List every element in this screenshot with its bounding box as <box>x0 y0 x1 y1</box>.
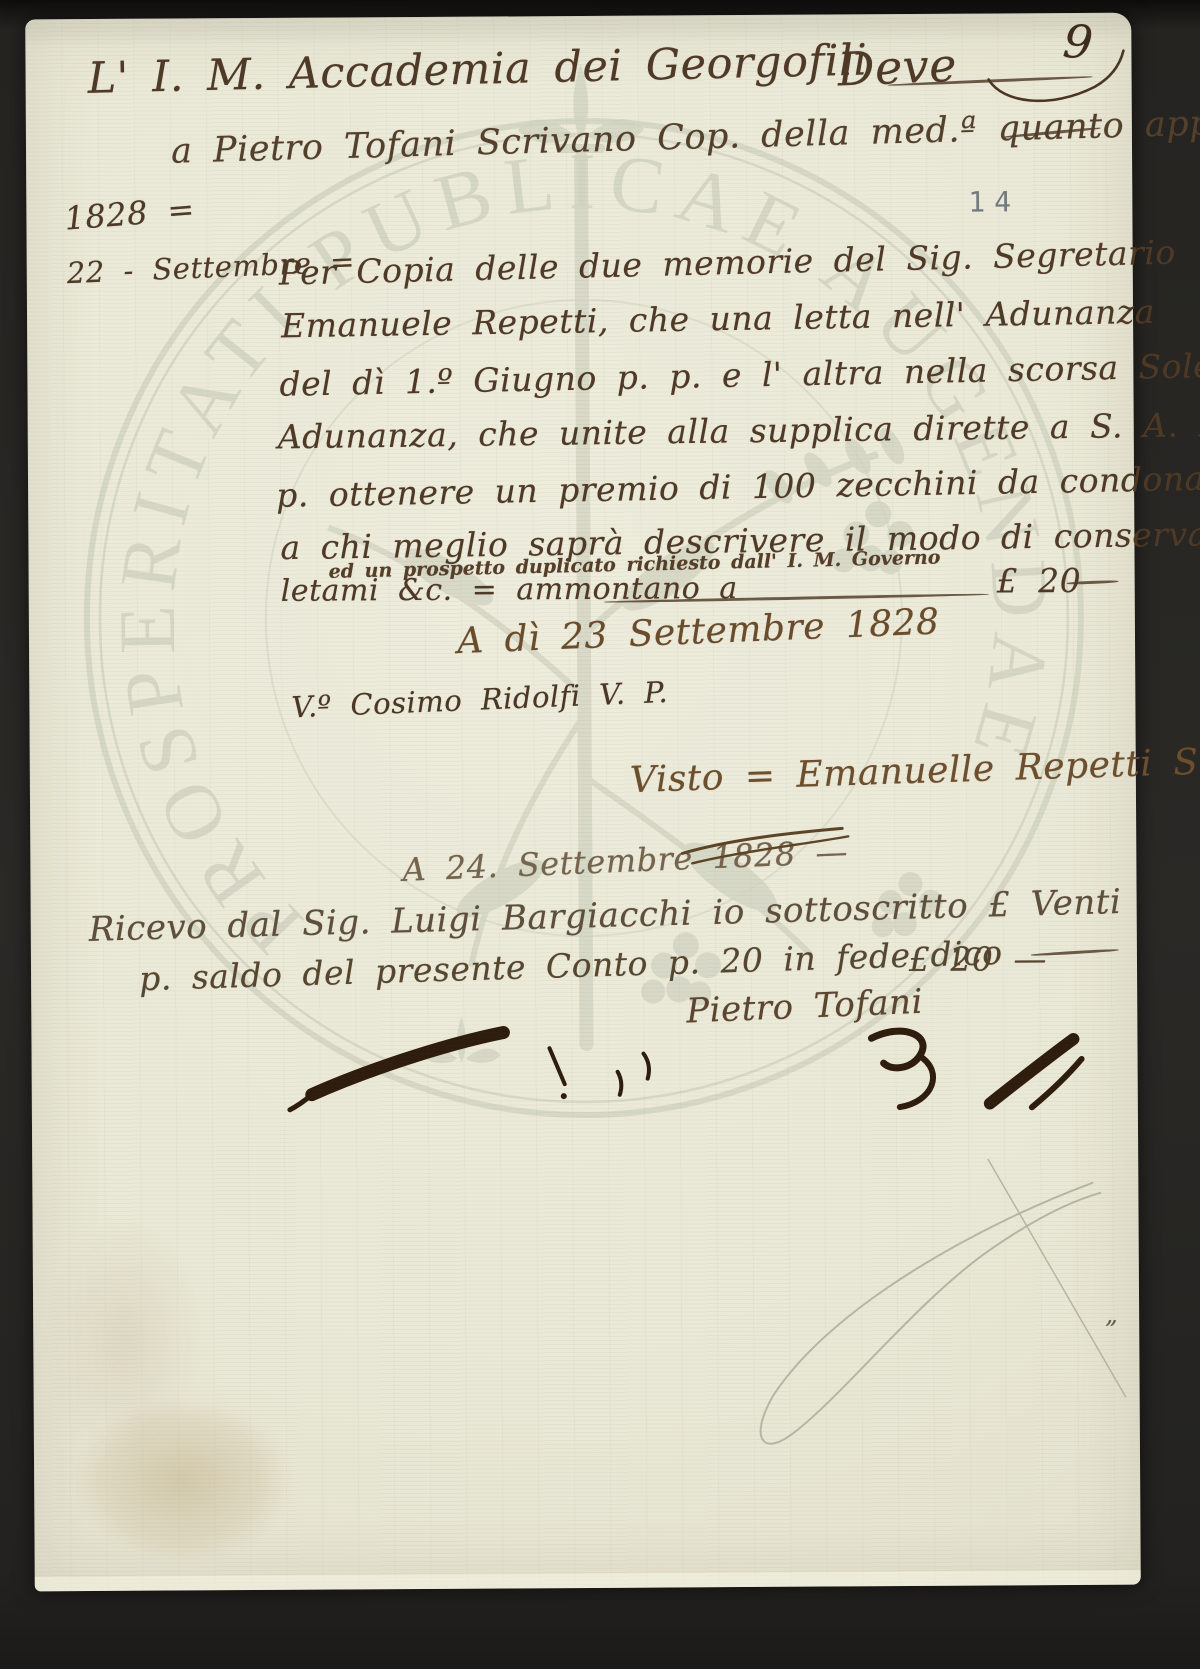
signature-underline-flourish <box>670 822 860 869</box>
scan-backdrop: PROSPERITATI PUBLICAE AUGENDAE <box>0 0 1200 1669</box>
receipt-amount: £ 20 — <box>909 939 1047 979</box>
archive-stamp-number: 14 <box>968 185 1020 218</box>
entry-total-label: letami &c. = ammontano a <box>281 571 738 609</box>
page-number-flourish <box>980 45 1130 116</box>
header-deve: Deve <box>836 38 957 97</box>
document-page: PROSPERITATI PUBLICAE AUGENDAE <box>25 13 1141 1592</box>
pencil-flourish <box>652 1113 1154 1456</box>
entry-total-amount: £ 20 <box>997 561 1082 601</box>
